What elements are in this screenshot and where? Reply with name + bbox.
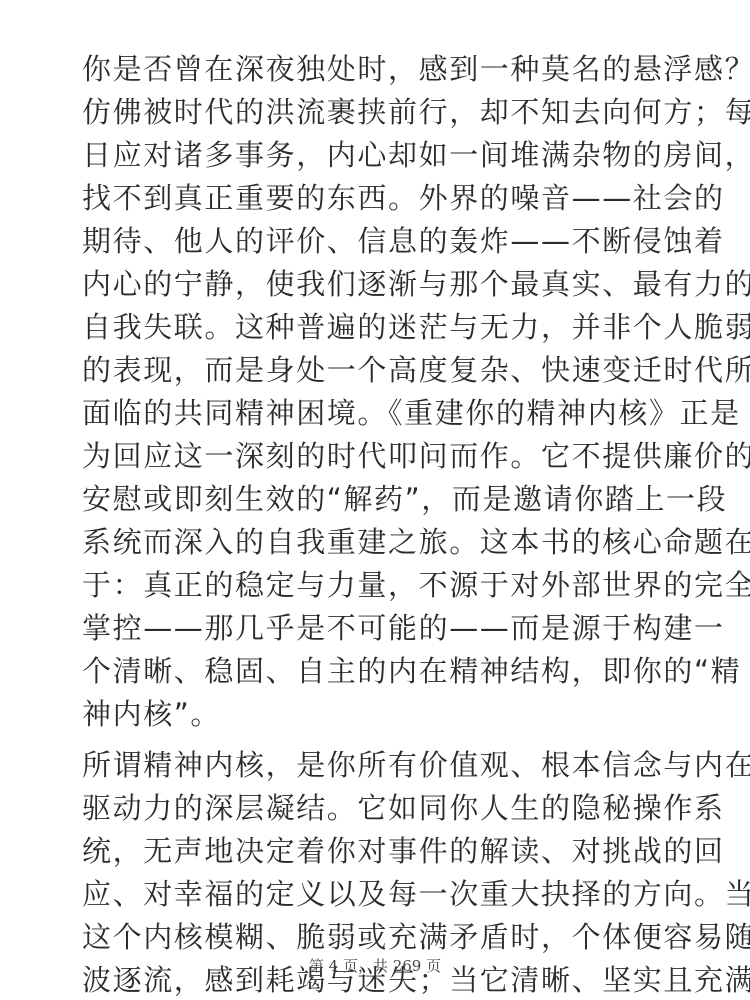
- page-indicator: 第 4 页，共 269 页: [0, 955, 750, 976]
- text-line: 找不到真正重要的东西。外界的噪音——社会的: [82, 177, 682, 220]
- text-line: 期待、他人的评价、信息的轰炸——不断侵蚀着: [82, 220, 682, 263]
- text-line: 你是否曾在深夜独处时，感到一种莫名的悬浮感？: [82, 48, 682, 91]
- text-line: 的表现，而是身处一个高度复杂、快速变迁时代所: [82, 349, 682, 392]
- text-line: 日应对诸多事务，内心却如一间堆满杂物的房间，: [82, 134, 682, 177]
- text-line: 这个内核模糊、脆弱或充满矛盾时，个体便容易随: [82, 916, 682, 959]
- document-page: 你是否曾在深夜独处时，感到一种莫名的悬浮感？ 仿佛被时代的洪流裹挟前行，却不知去…: [0, 0, 750, 1000]
- text-line: 所谓精神内核，是你所有价值观、根本信念与内在: [82, 744, 682, 787]
- text-line: 统，无声地决定着你对事件的解读、对挑战的回: [82, 830, 682, 873]
- text-line: 于：真正的稳定与力量，不源于对外部世界的完全: [82, 564, 682, 607]
- text-line: 神内核”。: [82, 693, 682, 736]
- text-line: 面临的共同精神困境。《重建你的精神内核》正是: [82, 392, 682, 435]
- text-line: 安慰或即刻生效的“解药”，而是邀请你踏上一段: [82, 478, 682, 521]
- text-line: 掌控——那几乎是不可能的——而是源于构建一: [82, 607, 682, 650]
- text-line: 仿佛被时代的洪流裹挟前行，却不知去向何方；每: [82, 91, 682, 134]
- text-line: 内心的宁静，使我们逐渐与那个最真实、最有力的: [82, 263, 682, 306]
- paragraph-spacer: [82, 736, 682, 744]
- text-line: 自我失联。这种普遍的迷茫与无力，并非个人脆弱: [82, 306, 682, 349]
- text-line: 系统而深入的自我重建之旅。这本书的核心命题在: [82, 521, 682, 564]
- text-line: 驱动力的深层凝结。它如同你人生的隐秘操作系: [82, 787, 682, 830]
- body-text: 你是否曾在深夜独处时，感到一种莫名的悬浮感？ 仿佛被时代的洪流裹挟前行，却不知去…: [82, 48, 682, 1000]
- text-line: 为回应这一深刻的时代叩问而作。它不提供廉价的: [82, 435, 682, 478]
- text-line: 个清晰、稳固、自主的内在精神结构，即你的“精: [82, 650, 682, 693]
- paragraph-1: 你是否曾在深夜独处时，感到一种莫名的悬浮感？ 仿佛被时代的洪流裹挟前行，却不知去…: [82, 48, 682, 736]
- text-line: 应、对幸福的定义以及每一次重大抉择的方向。当: [82, 873, 682, 916]
